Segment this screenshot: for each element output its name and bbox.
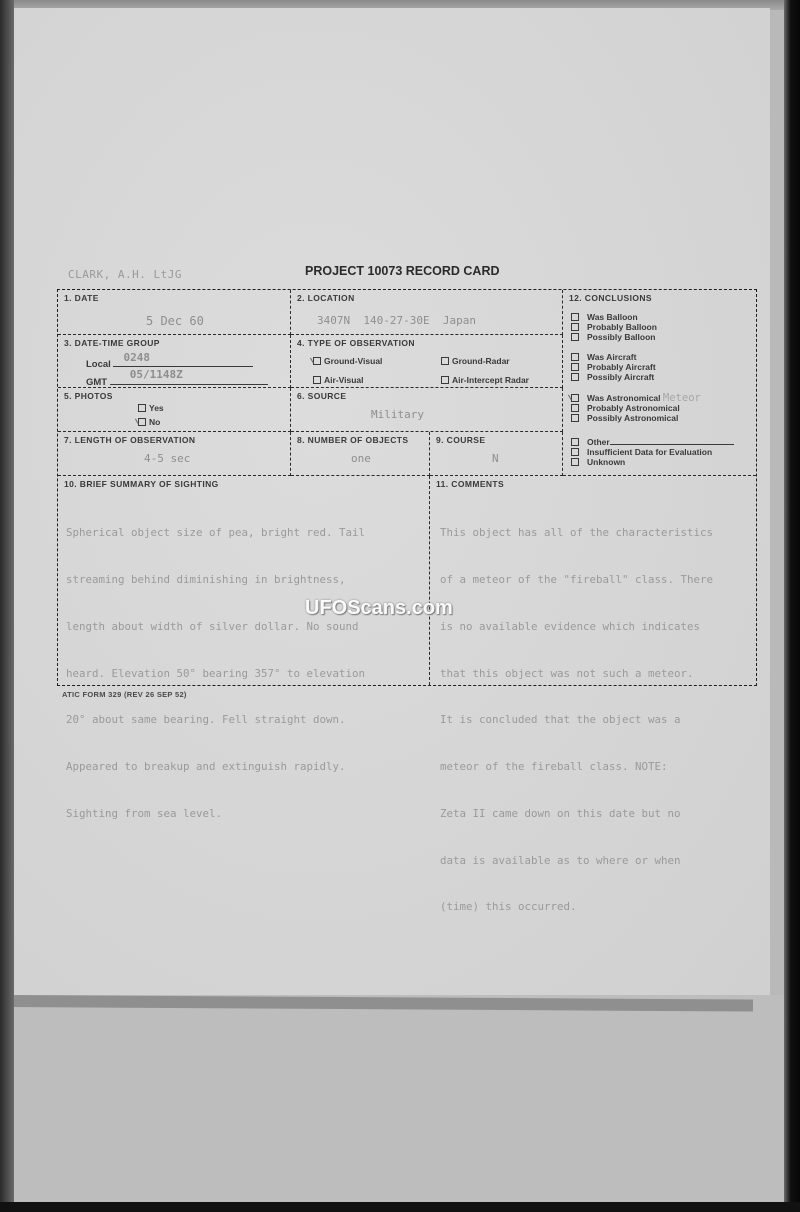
date-label: 1. DATE (64, 293, 99, 303)
watermark: UFOScans.com (305, 597, 453, 620)
checkbox-icon (571, 333, 579, 341)
checkbox-checked-icon (571, 394, 579, 402)
checkbox-icon (571, 323, 579, 331)
course-label: 9. COURSE (436, 435, 485, 445)
comments-cell: 11. COMMENTS This object has all of the … (430, 476, 756, 685)
date-time-group-cell: 3. DATE-TIME GROUP Local 0248 GMT 05/114… (58, 335, 291, 388)
option-photos-yes: Yes (138, 403, 164, 413)
length-of-observation-value: 4-5 sec (144, 452, 190, 465)
summary-cell: 10. BRIEF SUMMARY OF SIGHTING Spherical … (58, 476, 430, 685)
gmt-value: 05/1148Z (130, 368, 183, 381)
checkbox-icon (571, 404, 579, 412)
option-air-visual: Air-Visual (313, 375, 364, 385)
conclusions-group-balloon: Was Balloon Probably Balloon Possibly Ba… (571, 312, 657, 342)
investigator-name: CLARK, A.H. LtJG (68, 268, 182, 281)
checkbox-icon (441, 357, 449, 365)
gmt-value-field: 05/1148Z (110, 373, 268, 385)
source-value: Military (371, 408, 424, 421)
number-of-objects-value: one (351, 452, 371, 465)
record-card: 1. DATE 5 Dec 60 2. LOCATION 3407N 140-2… (57, 289, 757, 686)
underlying-sheet (0, 995, 786, 1202)
course-value: N (492, 452, 499, 465)
comments-text: This object has all of the characteristi… (440, 494, 713, 946)
checkbox-checked-icon (313, 357, 321, 365)
option-ground-radar: Ground-Radar (441, 356, 510, 366)
form-number: ATIC FORM 329 (REV 26 SEP 52) (62, 690, 187, 699)
checkbox-icon (313, 376, 321, 384)
type-of-observation-cell: 4. TYPE OF OBSERVATION Ground-Visual Gro… (291, 335, 563, 388)
date-time-group-label: 3. DATE-TIME GROUP (64, 338, 160, 348)
gmt-time-row: GMT 05/1148Z (86, 373, 268, 388)
conclusions-group-aircraft: Was Aircraft Probably Aircraft Possibly … (571, 352, 656, 382)
course-cell: 9. COURSE N (430, 432, 563, 476)
checkbox-icon (571, 438, 579, 446)
local-value: 0248 (123, 351, 150, 364)
length-of-observation-cell: 7. LENGTH OF OBSERVATION 4-5 sec (58, 432, 291, 476)
date-cell: 1. DATE 5 Dec 60 (58, 290, 291, 335)
local-label: Local (86, 359, 111, 370)
checkbox-icon (571, 373, 579, 381)
source-label: 6. SOURCE (297, 391, 346, 401)
comments-label: 11. COMMENTS (436, 479, 504, 489)
summary-label: 10. BRIEF SUMMARY OF SIGHTING (64, 479, 219, 489)
location-value: 3407N 140-27-30E Japan (317, 314, 476, 327)
checkbox-checked-icon (138, 418, 146, 426)
option-photos-no: No (138, 417, 160, 427)
option-air-intercept-radar: Air-Intercept Radar (441, 375, 529, 385)
source-cell: 6. SOURCE Military (291, 388, 563, 432)
checkbox-icon (571, 458, 579, 466)
number-of-objects-cell: 8. NUMBER OF OBJECTS one (291, 432, 430, 476)
location-cell: 2. LOCATION 3407N 140-27-30E Japan (291, 290, 563, 335)
conclusions-cell: 12. CONCLUSIONS Was Balloon Probably Bal… (563, 290, 756, 476)
photos-label: 5. PHOTOS (64, 391, 113, 401)
scan-right-edge (784, 0, 800, 1212)
type-of-observation-label: 4. TYPE OF OBSERVATION (297, 338, 415, 348)
summary-text: Spherical object size of pea, bright red… (66, 494, 365, 853)
conclusions-group-other: Other Insufficient Data for Evaluation U… (571, 436, 734, 467)
location-label: 2. LOCATION (297, 293, 355, 303)
length-of-observation-label: 7. LENGTH OF OBSERVATION (64, 435, 195, 445)
checkbox-icon (441, 376, 449, 384)
gmt-label: GMT (86, 377, 107, 388)
date-value: 5 Dec 60 (146, 314, 204, 328)
photos-cell: 5. PHOTOS Yes No (58, 388, 291, 432)
scan-bottom-edge (0, 1202, 800, 1212)
checkbox-icon (571, 363, 579, 371)
card-title: PROJECT 10073 RECORD CARD (305, 264, 500, 278)
number-of-objects-label: 8. NUMBER OF OBJECTS (297, 435, 408, 445)
conclusions-group-astronomical: Was Astronomical Meteor Probably Astrono… (571, 393, 701, 423)
checkbox-icon (571, 414, 579, 422)
checkbox-icon (138, 404, 146, 412)
local-value-field: 0248 (113, 355, 253, 367)
checkbox-icon (571, 448, 579, 456)
checkbox-icon (571, 313, 579, 321)
conclusions-label: 12. CONCLUSIONS (569, 293, 652, 303)
other-blank-line (610, 436, 734, 445)
checkbox-icon (571, 353, 579, 361)
option-ground-visual: Ground-Visual (313, 356, 382, 366)
scan-left-edge (0, 0, 14, 1212)
